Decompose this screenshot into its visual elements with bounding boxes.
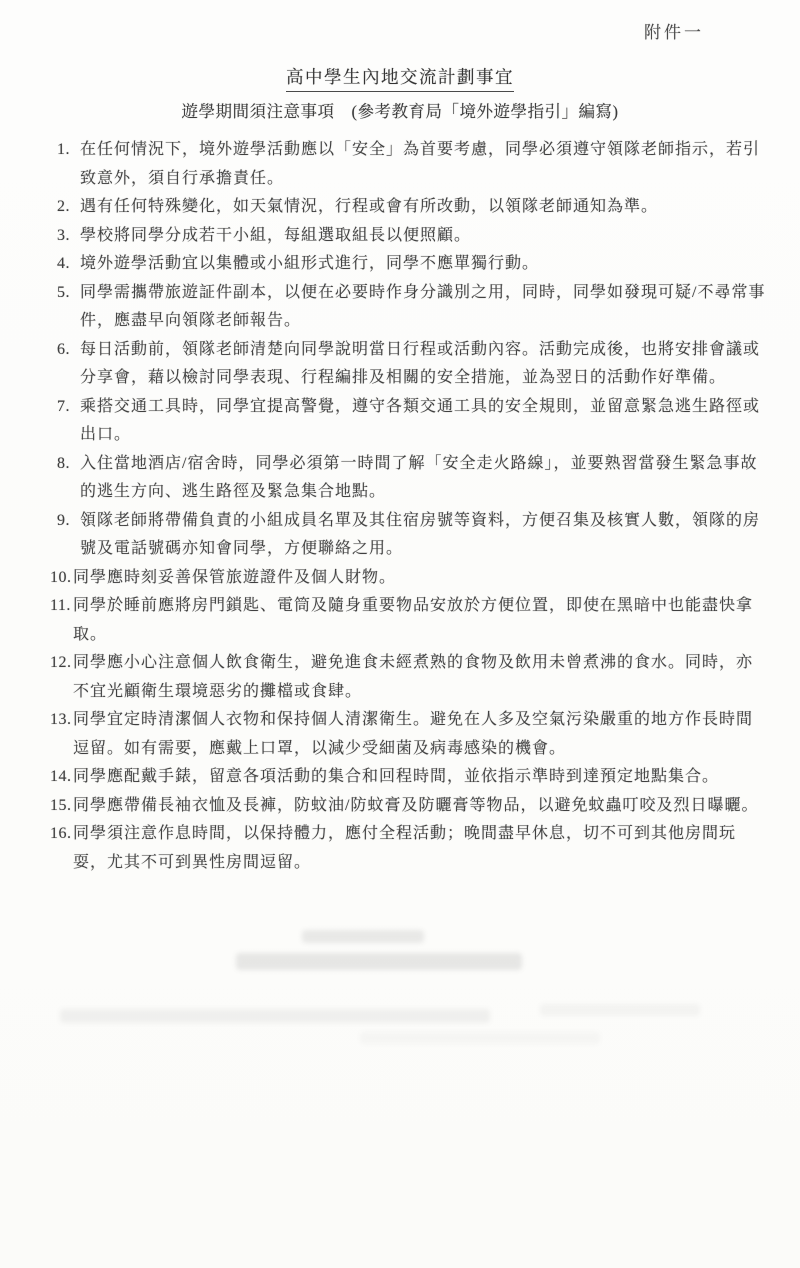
list-item-number: 11. [50,592,73,621]
list-item-text: 學校將同學分成若干小組，每組選取組長以便照顧。 [80,227,471,244]
list-item-text: 在任何情況下，境外遊學活動應以「安全」為首要考慮，同學必須遵守領隊老師指示，若引… [80,141,760,187]
list-item: 8.入住當地酒店/宿舍時，同學必須第一時間了解「安全走火路線」，並要熟習當發生緊… [57,450,767,507]
notice-list: 1.在任何情況下，境外遊學活動應以「安全」為首要考慮，同學必須遵守領隊老師指示，… [50,136,760,877]
list-item-text: 同學應配戴手錶，留意各項活動的集合和回程時間，並依指示準時到達預定地點集合。 [73,768,719,785]
scanned-document-page: 附件一 高中學生內地交流計劃事宜 遊學期間須注意事項 (參考教育局「境外遊學指引… [0,0,800,1268]
list-item: 7.乘搭交通工具時，同學宜提高警覺，遵守各類交通工具的安全規則，並留意緊急逃生路… [57,393,767,450]
list-item-number: 12. [50,649,73,678]
document-subtitle: 遊學期間須注意事項 (參考教育局「境外遊學指引」編寫) [0,98,800,122]
list-item-number: 5. [57,279,80,308]
list-item: 1.在任何情況下，境外遊學活動應以「安全」為首要考慮，同學必須遵守領隊老師指示，… [57,136,767,193]
list-item: 9.領隊老師將帶備負責的小組成員名單及其住宿房號等資料，方便召集及核實人數，領隊… [57,507,767,564]
list-item-number: 4. [57,250,80,279]
list-item: 14.同學應配戴手錶，留意各項活動的集合和回程時間，並依指示準時到達預定地點集合… [50,763,760,792]
list-item-text: 領隊老師將帶備負責的小組成員名單及其住宿房號等資料，方便召集及核實人數，領隊的房… [80,512,760,558]
attachment-label: 附件一 [644,18,704,43]
list-item: 10.同學應時刻妥善保管旅遊證件及個人財物。 [50,564,760,593]
list-item-text: 同學應帶備長袖衣恤及長褲，防蚊油/防蚊膏及防曬膏等物品，以避免蚊蟲叮咬及烈日曝曬… [73,797,758,814]
list-item-text: 乘搭交通工具時，同學宜提高警覺，遵守各類交通工具的安全規則，並留意緊急逃生路徑或… [80,398,760,444]
list-item: 12.同學應小心注意個人飲食衛生，避免進食未經煮熟的食物及飲用未曾煮沸的食水。同… [50,649,760,706]
list-item-number: 15. [50,792,73,821]
list-item-number: 8. [57,450,80,479]
document-header: 高中學生內地交流計劃事宜 遊學期間須注意事項 (參考教育局「境外遊學指引」編寫) [0,64,800,122]
bleed-through-artifact [540,1004,700,1016]
bleed-through-artifact [236,953,522,970]
list-item-text: 同學於睡前應將房門鎖匙、電筒及隨身重要物品安放於方便位置，即使在黑暗中也能盡快拿… [73,597,753,643]
list-item-number: 14. [50,763,73,792]
list-item-number: 6. [57,336,80,365]
list-item-number: 9. [57,507,80,536]
list-item-number: 7. [57,393,80,422]
list-item-text: 同學宜定時清潔個人衣物和保持個人清潔衛生。避免在人多及空氣污染嚴重的地方作長時間… [73,711,753,757]
list-item-number: 10. [50,564,73,593]
bleed-through-artifact [60,1009,490,1023]
list-item-number: 3. [57,222,80,251]
list-item: 3.學校將同學分成若干小組，每組選取組長以便照顧。 [57,222,767,251]
list-item-number: 16. [50,820,73,849]
list-item-text: 同學需攜帶旅遊証件副本，以便在必要時作身分識別之用，同時，同學如發現可疑/不尋常… [80,284,765,330]
list-item: 4.境外遊學活動宜以集體或小組形式進行，同學不應單獨行動。 [57,250,767,279]
list-item-number: 13. [50,706,73,735]
bleed-through-artifact [360,1032,600,1044]
list-item: 6.每日活動前，領隊老師清楚向同學說明當日行程或活動內容。活動完成後，也將安排會… [57,336,767,393]
list-item-text: 遇有任何特殊變化，如天氣情況，行程或會有所改動，以領隊老師通知為準。 [80,198,658,215]
list-item: 15.同學應帶備長袖衣恤及長褲，防蚊油/防蚊膏及防曬膏等物品，以避免蚊蟲叮咬及烈… [50,792,760,821]
list-item: 16.同學須注意作息時間，以保持體力，應付全程活動；晚間盡早休息，切不可到其他房… [50,820,760,877]
bleed-through-artifact [302,930,424,943]
list-item: 5.同學需攜帶旅遊証件副本，以便在必要時作身分識別之用，同時，同學如發現可疑/不… [57,279,767,336]
list-item: 2.遇有任何特殊變化，如天氣情況，行程或會有所改動，以領隊老師通知為準。 [57,193,767,222]
list-item-text: 同學須注意作息時間，以保持體力，應付全程活動；晚間盡早休息，切不可到其他房間玩耍… [73,825,736,871]
list-item: 11.同學於睡前應將房門鎖匙、電筒及隨身重要物品安放於方便位置，即使在黑暗中也能… [50,592,760,649]
document-title: 高中學生內地交流計劃事宜 [286,64,514,92]
list-item: 13.同學宜定時清潔個人衣物和保持個人清潔衛生。避免在人多及空氣污染嚴重的地方作… [50,706,760,763]
list-item-text: 同學應小心注意個人飲食衛生，避免進食未經煮熟的食物及飲用未曾煮沸的食水。同時，亦… [73,654,753,700]
list-item-text: 入住當地酒店/宿舍時，同學必須第一時間了解「安全走火路線」，並要熟習當發生緊急事… [80,455,757,501]
list-item-number: 2. [57,193,80,222]
list-item-number: 1. [57,136,80,165]
list-item-text: 同學應時刻妥善保管旅遊證件及個人財物。 [73,569,396,586]
list-item-text: 境外遊學活動宜以集體或小組形式進行，同學不應單獨行動。 [80,255,539,272]
list-item-text: 每日活動前，領隊老師清楚向同學說明當日行程或活動內容。活動完成後，也將安排會議或… [80,341,760,387]
